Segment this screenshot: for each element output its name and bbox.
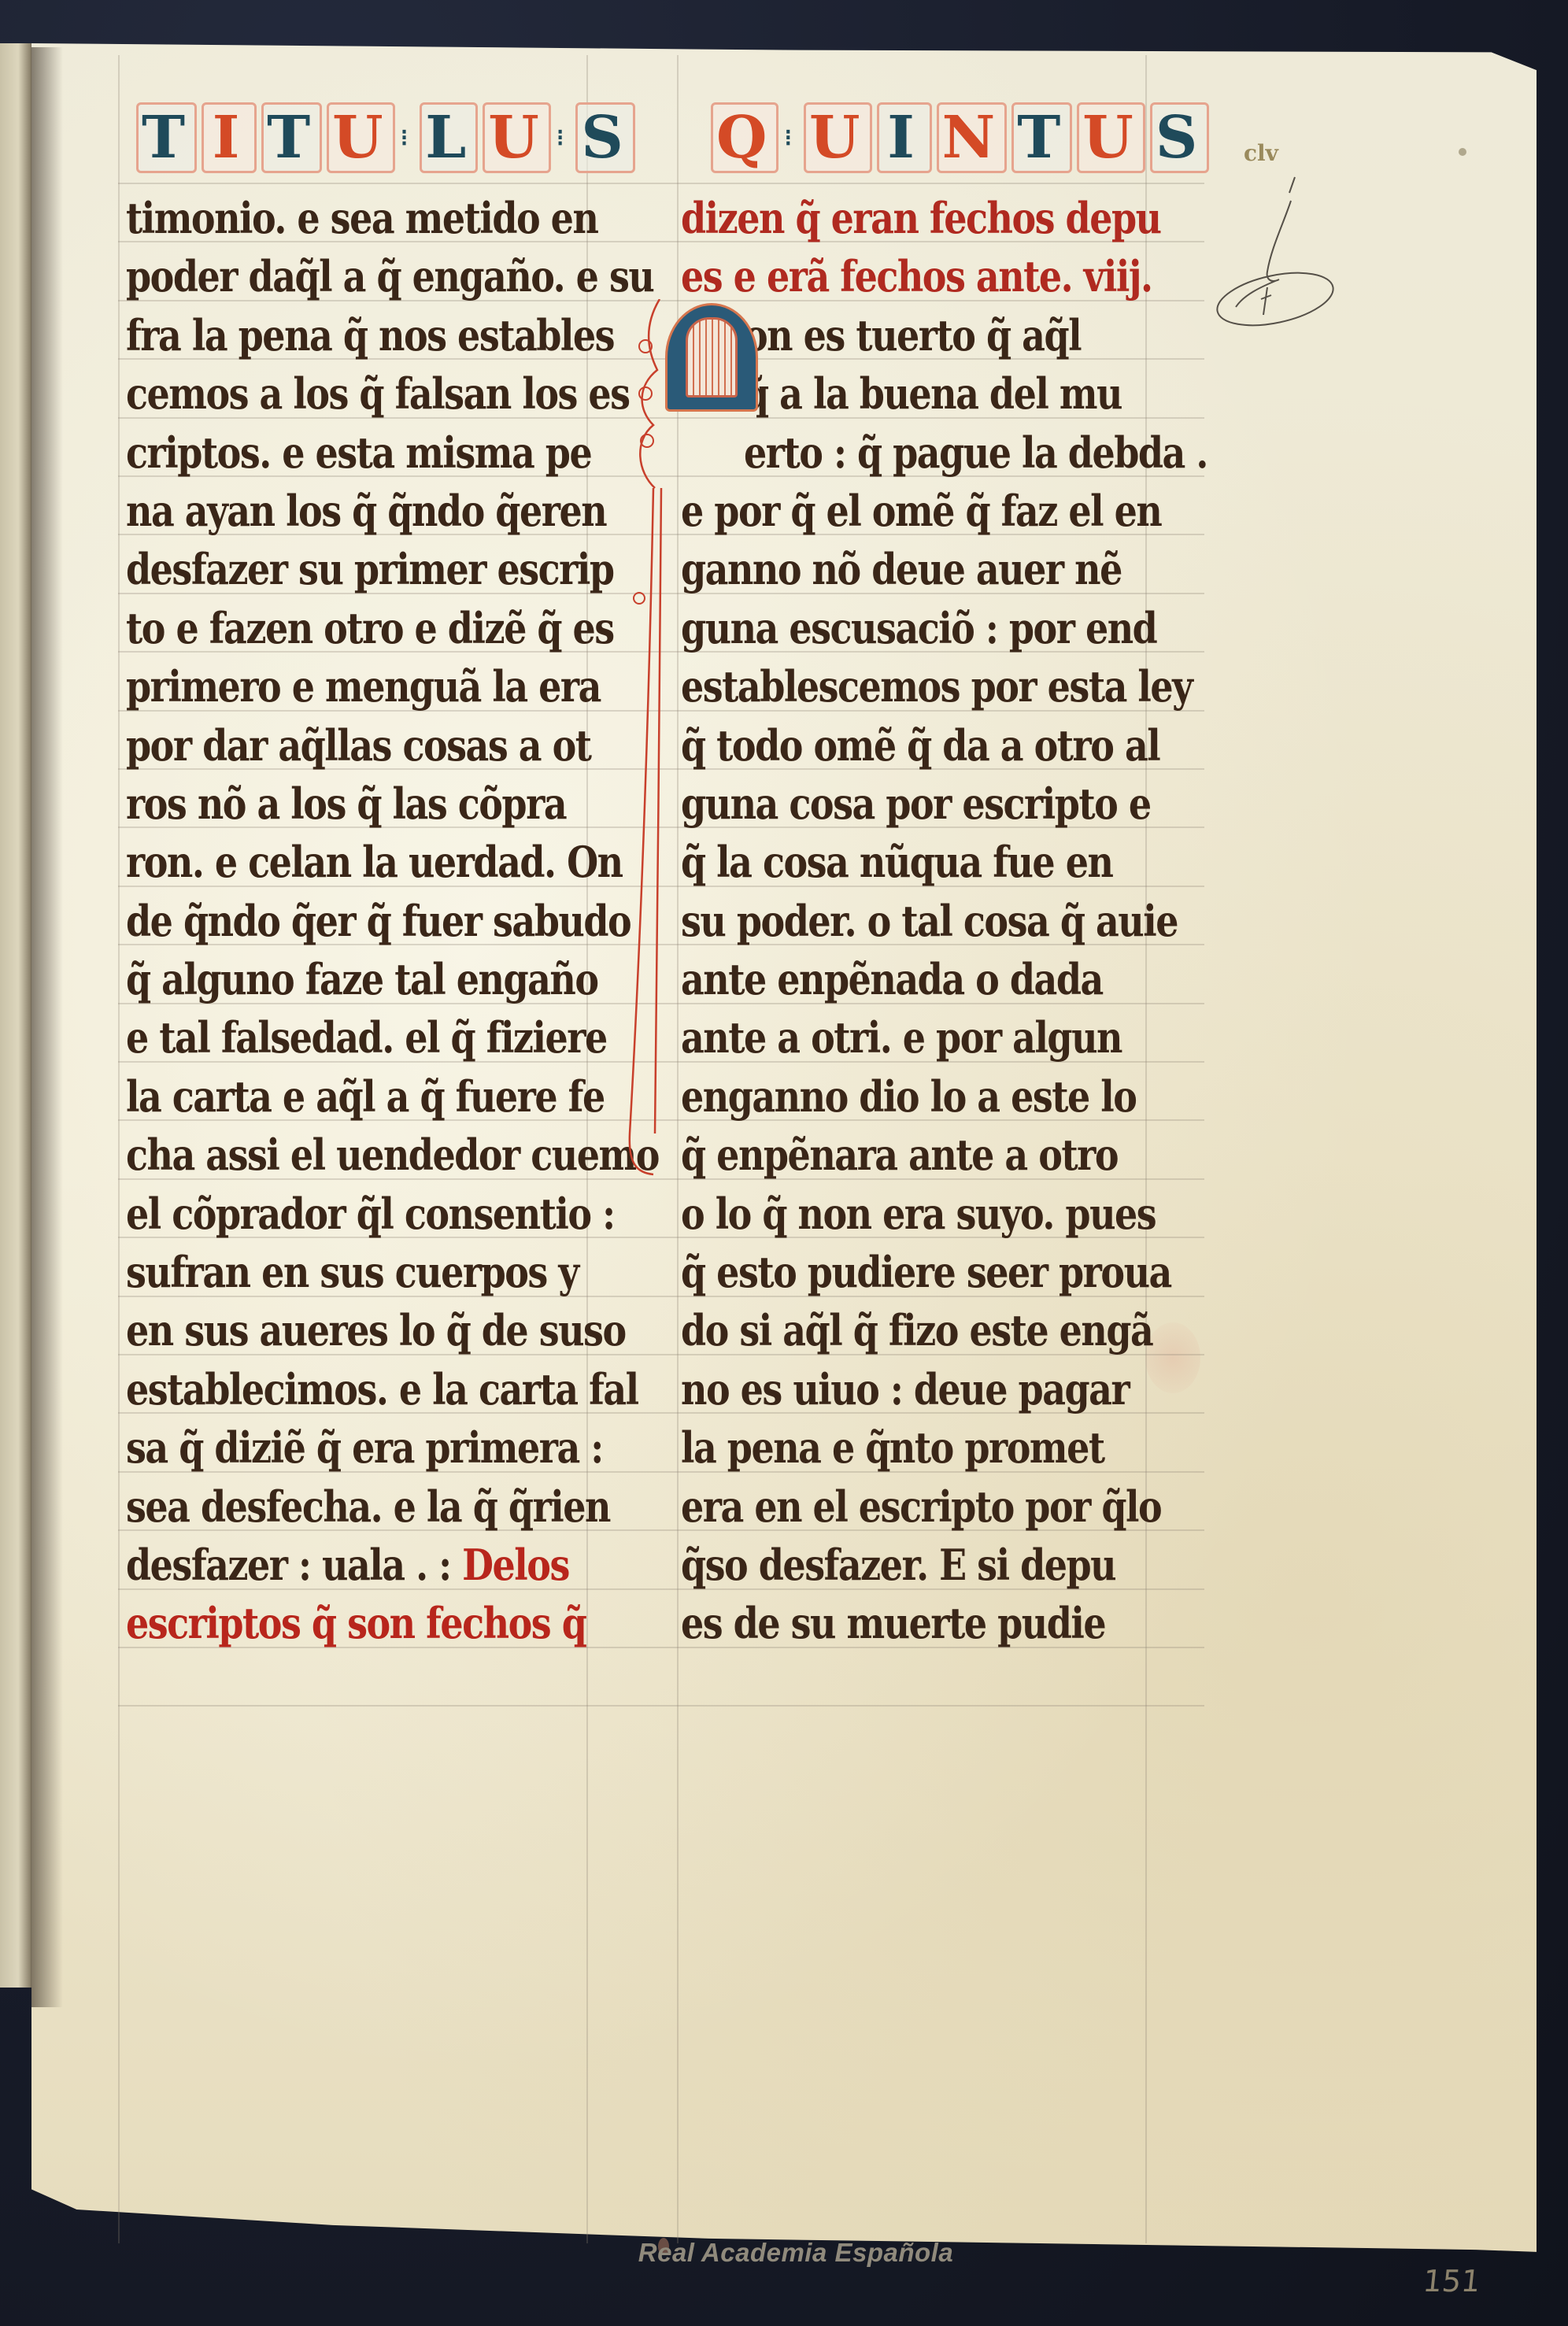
ruling-line [118,1705,1204,1707]
line-text: primero e menguã la era [126,661,601,712]
heading-letter: S [575,102,634,173]
pen-trial-doodle-icon [1204,169,1338,327]
line-text: es de su muerte pudie [681,1598,1105,1648]
line-text: desfazer su primer escrip [126,544,614,594]
line-text: q̃ a la buena del mu [744,368,1122,419]
line-text: desfazer : uala . : [126,1540,451,1590]
initial-letter-n [686,317,738,398]
line-text: e tal falsedad. el q̃ fiziere [126,1013,607,1063]
line-text: cemos a los q̃ falsan los es [126,368,630,419]
heading-dots: ⁝ [557,124,571,152]
running-heading-left: T I T U ⁝ L U ⁝ S [134,102,638,173]
line-text: guna escusaciõ : por end [681,603,1156,653]
line-text: q̃ esto pudiere seer proua [681,1247,1171,1297]
line-text: cha assi el uendedor cuemo [126,1130,659,1180]
line-text: sufran en sus cuerpos y [126,1247,579,1297]
line-text: dizen q̃ eran fechos depu [681,193,1161,243]
line-text: sea desfecha. e la q̃ q̃rien [126,1481,610,1532]
line-text: en sus aueres lo q̃ de suso [126,1306,626,1356]
line-text: de q̃ndo q̃er q̃ fuer sabudo [126,896,631,946]
heading-letter: T [136,102,197,173]
line-text: poder daq̃l a q̃ engaño. e su [126,251,653,301]
line-text: establescemos por esta ley [681,661,1192,712]
heading-letter: I [877,102,932,173]
heading-letter: S [1150,102,1209,173]
institution-watermark: Real Academia Española [0,2238,1568,2268]
stain-spot [1459,148,1466,156]
line-text: ron. e celan la uerdad. On [126,837,623,887]
line-text: enganno dio lo a este lo [681,1071,1136,1122]
left-column: timonio. e sea metido enpoder daq̃l a q̃… [126,189,590,1653]
line-text: ante enpẽnada o dada [681,954,1103,1004]
heading-dots: ⁝ [401,124,415,152]
line-text: es e erã fechos ante. viij. [681,251,1152,301]
line-text: era en el escripto por q̃lo [681,1481,1161,1532]
line-text: ante a otri. e por algun [681,1013,1122,1063]
line-text: ros nõ a los q̃ las cõpra [126,778,566,829]
heading-letter: U [1077,102,1145,173]
ruling-line [118,55,120,2243]
heading-letter: U [483,102,551,173]
decorated-initial [665,303,758,412]
line-text: establecimos. e la carta fal [126,1364,638,1414]
line-text: erto : q̃ pague la debda . [744,427,1207,478]
facing-page-edge [0,43,33,1988]
heading-letter: T [261,102,322,173]
line-text: no es uiuo : deue pagar [681,1364,1129,1414]
line-text: o lo q̃ non era suyo. pues [681,1189,1156,1239]
line-text: q̃ todo omẽ q̃ da a otro al [681,720,1159,771]
rubric-text: escriptos q̃ son fechos q̃ [126,1598,586,1648]
line-text: la pena e q̃nto promet [681,1422,1104,1473]
line-text: q̃ la cosa nũqua fue en [681,837,1112,887]
line-text: por dar aq̃llas cosas a ot [126,720,591,771]
line-text: timonio. e sea metido en [126,193,597,243]
line-text: la carta e aq̃l a q̃ fuere fe [126,1071,605,1122]
heading-letter: U [804,102,872,173]
gutter-shadow [31,47,63,2007]
line-text: criptos. e esta misma pe [126,427,591,478]
initial-flourish-icon [622,299,677,1204]
line-text: to e fazen otro e dizẽ q̃ es [126,603,614,653]
line-text: el cõprador q̃l consentio : [126,1189,615,1239]
line-text: su poder. o tal cosa q̃ auie [681,896,1178,946]
line-text: guna cosa por escripto e [681,778,1151,829]
heading-letter: L [420,102,478,173]
line-text: on es tuerto q̃ aq̃l [744,310,1081,361]
heading-letter: Q [711,102,778,173]
line-text: q̃ alguno faze tal engaño [126,954,598,1004]
heading-letter: N [937,102,1008,173]
line-text: sa q̃ diziẽ q̃ era primera : [126,1422,603,1473]
line-text: q̃ enpẽnara ante a otro [681,1130,1118,1180]
folio-roman-numeral: clv [1244,140,1278,166]
line-text: na ayan los q̃ q̃ndo q̃eren [126,486,606,536]
folio-number: 151 [1422,2264,1482,2298]
text-line: escriptos q̃ son fechos q̃ [126,1589,590,1659]
text-line: es de su muerte pudie [681,1589,1185,1659]
line-text: do si aq̃l q̃ fizo este engã [681,1306,1152,1356]
line-text: fra la pena q̃ nos estables [126,310,614,361]
rubric-text: Delos [462,1540,569,1590]
heading-letter: U [327,102,395,173]
heading-dots: ⁝ [784,124,798,152]
heading-letter: I [202,102,257,173]
line-text: ganno nõ deue auer nẽ [681,544,1122,594]
line-text: q̃so desfazer. E si depu [681,1540,1115,1590]
line-text: e por q̃ el omẽ q̃ faz el en [681,486,1161,536]
running-heading-right: Q ⁝ U I N T U S [708,102,1211,173]
heading-letter: T [1011,102,1072,173]
